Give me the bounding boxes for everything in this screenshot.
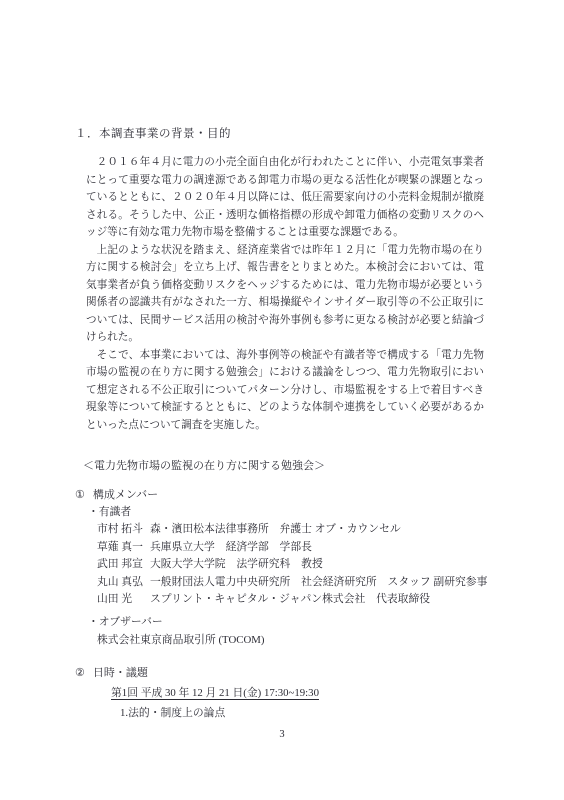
study-group-heading: ＜電力先物市場の監視の在り方に関する勉強会＞ — [83, 457, 325, 473]
members-item-heading: ①構成メンバー — [75, 486, 158, 502]
member-row: 市村 拓斗森・濱田松本法律事務所 弁護士 オブ・カウンセル — [97, 521, 487, 539]
member-name: 武田 邦宣 — [97, 556, 150, 574]
section1-body: ２０１６年４月に電力の小売全面自由化が行われたことに伴い、小売電気事業者にとって… — [86, 154, 484, 434]
paragraph-2: 上記のような状況を踏まえ、経済産業省では昨年１２月に「電力先物市場の在り方に関す… — [86, 242, 484, 347]
member-name: 草薙 真一 — [97, 539, 150, 557]
members-item-label: 構成メンバー — [93, 489, 158, 501]
session1-topic: 1.法的・制度上の論点 — [120, 705, 225, 720]
paragraph-3: そこで、本事業においては、海外事例等の検証や有識者等で構成する「電力先物市場の監… — [86, 347, 484, 435]
member-row: 丸山 真弘一般財団法人電力中央研究所 社会経済研究所 スタッフ 副研究参事 — [97, 574, 487, 592]
member-row: 山田 光スプリント・キャピタル・ジャパン株式会社 代表取締役 — [97, 591, 487, 609]
page-number: 3 — [0, 729, 564, 740]
circled-two-marker: ② — [75, 667, 85, 679]
experts-group-label: ・有識者 — [88, 504, 131, 519]
circled-one-marker: ① — [75, 489, 85, 501]
member-affiliation: 森・濱田松本法律事務所 弁護士 オブ・カウンセル — [150, 523, 401, 535]
member-affiliation: スプリント・キャピタル・ジャパン株式会社 代表取締役 — [150, 593, 430, 605]
member-affiliation: 一般財団法人電力中央研究所 社会経済研究所 スタッフ 副研究参事 — [150, 576, 487, 588]
member-name: 市村 拓斗 — [97, 521, 150, 539]
document-page: １．本調査事業の背景・目的 ２０１６年４月に電力の小売全面自由化が行われたことに… — [0, 0, 564, 800]
member-row: 草薙 真一兵庫県立大学 経済学部 学部長 — [97, 539, 487, 557]
schedule-item-heading: ②日時・議題 — [75, 664, 148, 680]
observer-group-label: ・オブザーバー — [88, 614, 163, 629]
member-name: 丸山 真弘 — [97, 574, 150, 592]
section1-heading: １．本調査事業の背景・目的 — [75, 125, 231, 141]
experts-member-list: 市村 拓斗森・濱田松本法律事務所 弁護士 オブ・カウンセル 草薙 真一兵庫県立大… — [97, 521, 487, 609]
member-name: 山田 光 — [97, 591, 150, 609]
member-row: 武田 邦宣大阪大学大学院 法学研究科 教授 — [97, 556, 487, 574]
member-affiliation: 大阪大学大学院 法学研究科 教授 — [150, 558, 323, 570]
paragraph-1: ２０１６年４月に電力の小売全面自由化が行われたことに伴い、小売電気事業者にとって… — [86, 154, 484, 242]
member-affiliation: 兵庫県立大学 経済学部 学部長 — [150, 541, 312, 553]
schedule-item-label: 日時・議題 — [93, 667, 148, 679]
session1-title: 第1回 平成 30 年 12 月 21 日(金) 17:30~19:30 — [111, 685, 319, 700]
observer-organization: 株式会社東京商品取引所 (TOCOM) — [97, 632, 264, 647]
